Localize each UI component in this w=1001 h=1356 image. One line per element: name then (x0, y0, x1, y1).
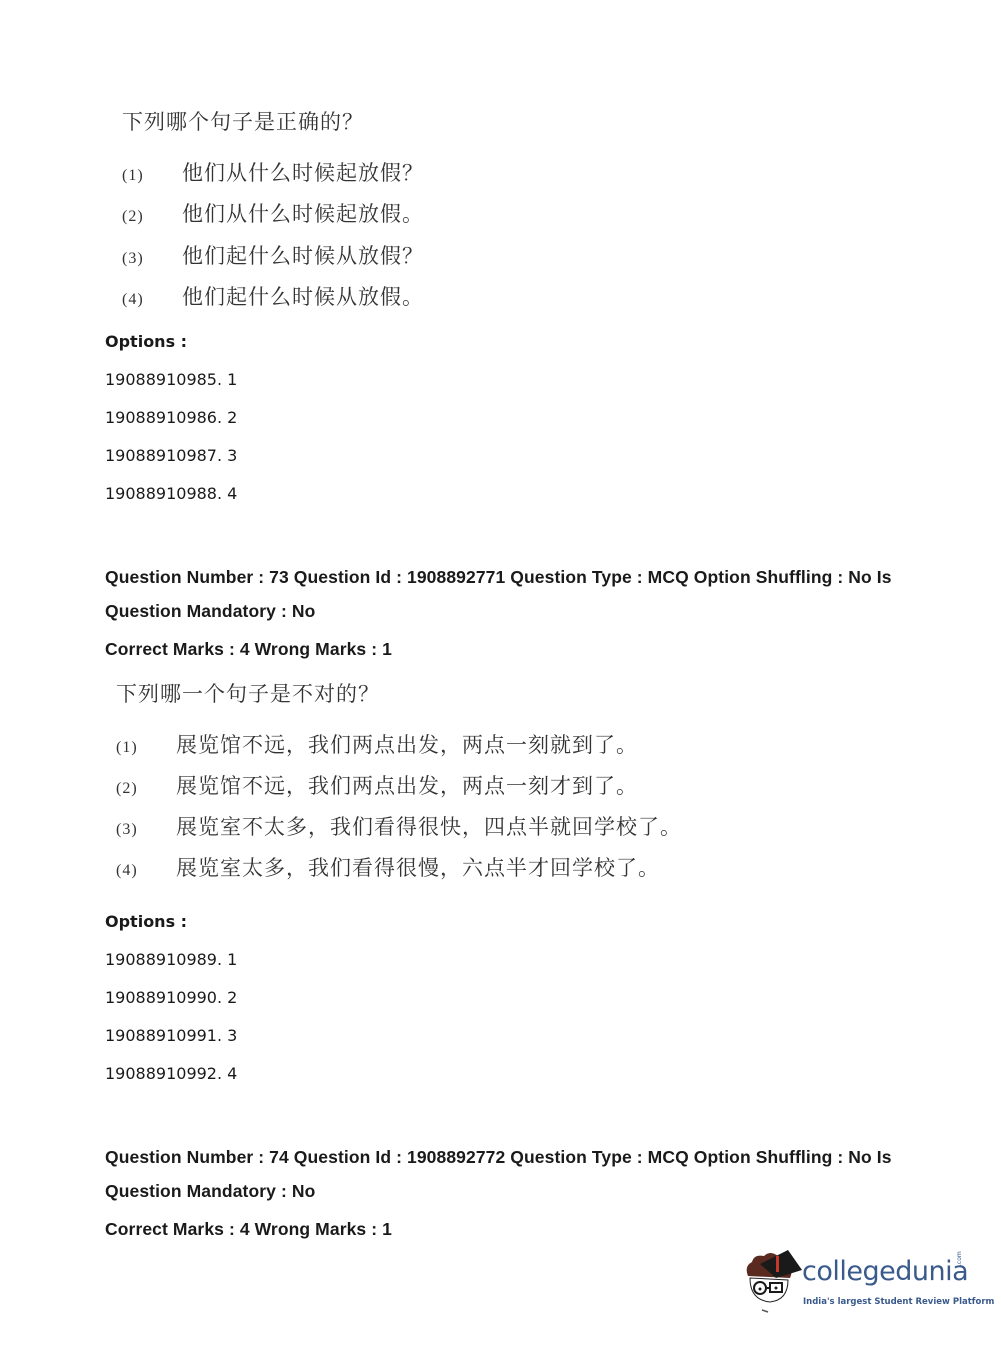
question-73-choice-1: (1)展览馆不远，我们两点出发，两点一刻就到了。 (116, 729, 638, 759)
question-72-text: 下列哪个句子是正确的？ (122, 106, 364, 136)
logo-brand-name: collegedunia (802, 1256, 968, 1287)
choice-number: (2) (122, 208, 182, 226)
option-line: 19088910992. 4 (105, 1064, 237, 1083)
question-72-choice-3: (3)他们起什么时候从放假？ (122, 240, 424, 270)
logo-tagline: India's largest Student Review Platform (803, 1297, 994, 1307)
choice-number: (1) (116, 739, 176, 757)
choice-text: 展览馆不远，我们两点出发，两点一刻就到了。 (176, 733, 638, 757)
choice-text: 展览室不太多，我们看得很快，四点半就回学校了。 (176, 815, 682, 839)
choice-text: 他们起什么时候从放假。 (182, 285, 424, 309)
question-73-marks: Correct Marks : 4 Wrong Marks : 1 (105, 639, 392, 660)
choice-text: 他们从什么时候起放假。 (182, 202, 424, 226)
option-line: 19088910987. 3 (105, 446, 237, 465)
collegedunia-logo: collegedunia .com India's largest Studen… (742, 1248, 972, 1318)
question-73-choice-2: (2)展览馆不远，我们两点出发，两点一刻才到了。 (116, 770, 638, 800)
choice-number: (3) (122, 250, 182, 268)
question-73-choice-3: (3)展览室不太多，我们看得很快，四点半就回学校了。 (116, 811, 682, 841)
question-73-text: 下列哪一个句子是不对的？ (116, 678, 380, 708)
choice-text: 展览室太多，我们看得很慢，六点半才回学校了。 (176, 856, 660, 880)
choice-number: (4) (122, 291, 182, 309)
mascot-icon (742, 1248, 804, 1318)
choice-text: 他们从什么时候起放假？ (182, 161, 424, 185)
logo-com: .com (956, 1251, 963, 1266)
choice-text: 他们起什么时候从放假？ (182, 244, 424, 268)
question-72-choice-2: (2)他们从什么时候起放假。 (122, 198, 424, 228)
choice-number: (3) (116, 821, 176, 839)
option-line: 19088910988. 4 (105, 484, 237, 503)
options-label: Options : (105, 912, 187, 931)
option-line: 19088910991. 3 (105, 1026, 237, 1045)
option-line: 19088910989. 1 (105, 950, 237, 969)
question-72-choice-4: (4)他们起什么时候从放假。 (122, 281, 424, 311)
choice-number: (1) (122, 167, 182, 185)
question-74-meta: Question Number : 74 Question Id : 19088… (105, 1147, 892, 1168)
choice-number: (4) (116, 862, 176, 880)
question-73-meta: Question Number : 73 Question Id : 19088… (105, 567, 892, 588)
question-73-mandatory: Question Mandatory : No (105, 601, 315, 622)
option-line: 19088910985. 1 (105, 370, 237, 389)
question-74-marks: Correct Marks : 4 Wrong Marks : 1 (105, 1219, 392, 1240)
choice-number: (2) (116, 780, 176, 798)
question-72-choice-1: (1)他们从什么时候起放假？ (122, 157, 424, 187)
option-line: 19088910986. 2 (105, 408, 237, 427)
options-label: Options : (105, 332, 187, 351)
choice-text: 展览馆不远，我们两点出发，两点一刻才到了。 (176, 774, 638, 798)
question-73-choice-4: (4)展览室太多，我们看得很慢，六点半才回学校了。 (116, 852, 660, 882)
option-line: 19088910990. 2 (105, 988, 237, 1007)
question-74-mandatory: Question Mandatory : No (105, 1181, 315, 1202)
